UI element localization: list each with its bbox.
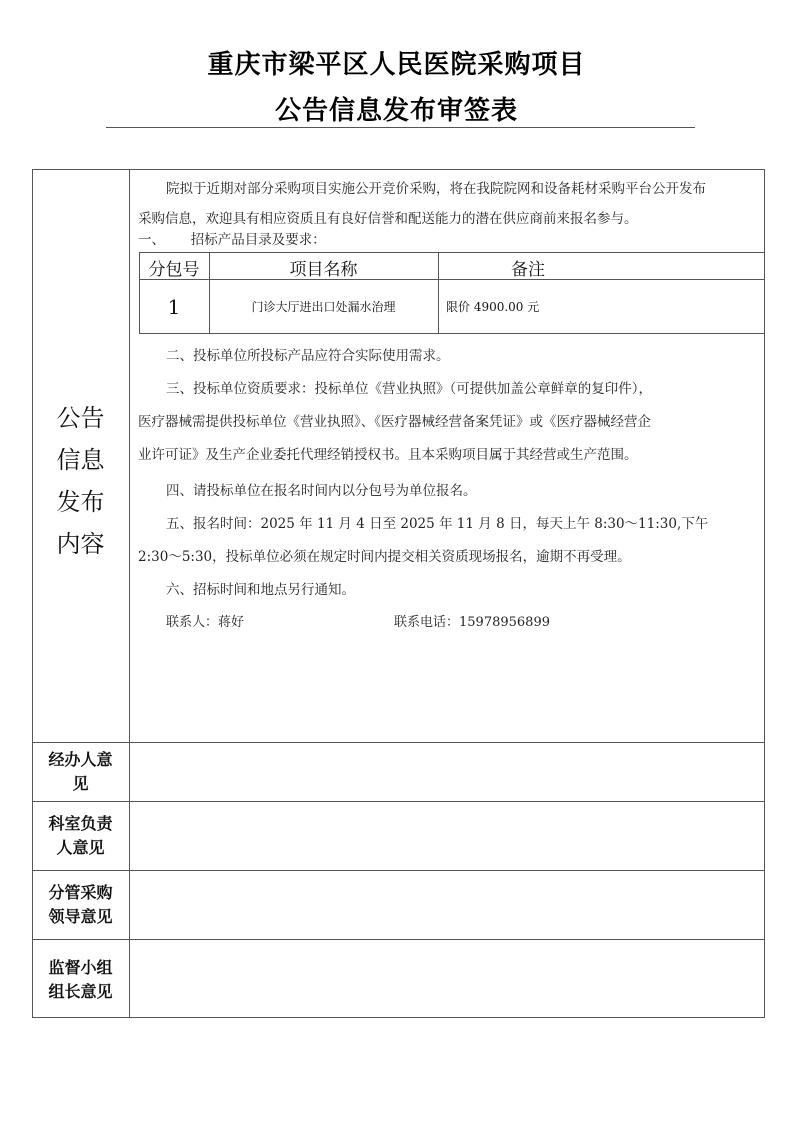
section-2: 二、投标单位所投标产品应符合实际使用需求。 [138, 345, 760, 367]
announcement-content-label: 公告 信息 发布 内容 [32, 397, 129, 565]
contact-phone: 联系电话：15978956899 [394, 612, 694, 634]
department-head-opinion-field[interactable] [131, 803, 763, 869]
title-underline [106, 127, 695, 128]
handler-opinion-field[interactable] [131, 744, 763, 800]
table-cell-package-no: 1 [139, 279, 209, 334]
column-divider [129, 169, 130, 1018]
section-5-line1: 五、报名时间：2025 年 11 月 4 日至 2025 年 11 月 8 日，… [138, 513, 760, 535]
section-4: 四、请投标单位在报名时间内以分包号为单位报名。 [138, 480, 760, 502]
document-title: 重庆市梁平区人民医院采购项目 [0, 44, 793, 81]
table-cell-remark: 限价 4900.00 元 [446, 279, 746, 334]
procurement-leader-opinion-label: 分管采购 领导意见 [32, 881, 129, 929]
handler-opinion-label: 经办人意 见 [32, 748, 129, 796]
intro-paragraph-line2: 采购信息，欢迎具有相应资质且有良好信誉和配送能力的潜在供应商前来报名参与。 [138, 208, 760, 230]
row-divider [32, 939, 765, 940]
section-3-line1: 三、投标单位资质要求：投标单位《营业执照》（可提供加盖公章鲜章的复印件）， [138, 378, 760, 400]
table-header-package-no: 分包号 [139, 255, 209, 280]
contact-person: 联系人：蒋好 [166, 612, 366, 634]
section-3-line2: 医疗器械需提供投标单位《营业执照》、《医疗器械经营备案凭证》或《医疗器械经营企 [138, 411, 760, 433]
row-divider [32, 801, 765, 802]
table-cell-project-name: 门诊大厅进出口处漏水治理 [209, 279, 438, 334]
section-3-line3: 业许可证》及生产企业委托代理经销授权书。且本采购项目属于其经营或生产范围。 [138, 444, 760, 466]
intro-paragraph-line1: 院拟于近期对部分采购项目实施公开竞价采购，将在我院院网和设备耗材采购平台公开发布 [138, 178, 760, 200]
supervision-leader-opinion-field[interactable] [131, 941, 763, 1017]
supervision-leader-opinion-label: 监督小组 组长意见 [32, 956, 129, 1004]
section-6: 六、招标时间和地点另行通知。 [138, 579, 760, 601]
procurement-leader-opinion-field[interactable] [131, 872, 763, 938]
section-5-line2: 2:30～5:30，投标单位必须在规定时间内提交相关资质现场报名，逾期不再受理。 [138, 546, 760, 568]
row-divider [32, 870, 765, 871]
section-1-heading: 一、 招标产品目录及要求： [138, 229, 760, 251]
table-header-project-name: 项目名称 [209, 255, 438, 280]
document-subtitle: 公告信息发布审签表 [0, 90, 793, 127]
row-divider [32, 742, 765, 743]
department-head-opinion-label: 科室负责 人意见 [32, 812, 129, 860]
table-header-remark: 备注 [438, 255, 618, 280]
